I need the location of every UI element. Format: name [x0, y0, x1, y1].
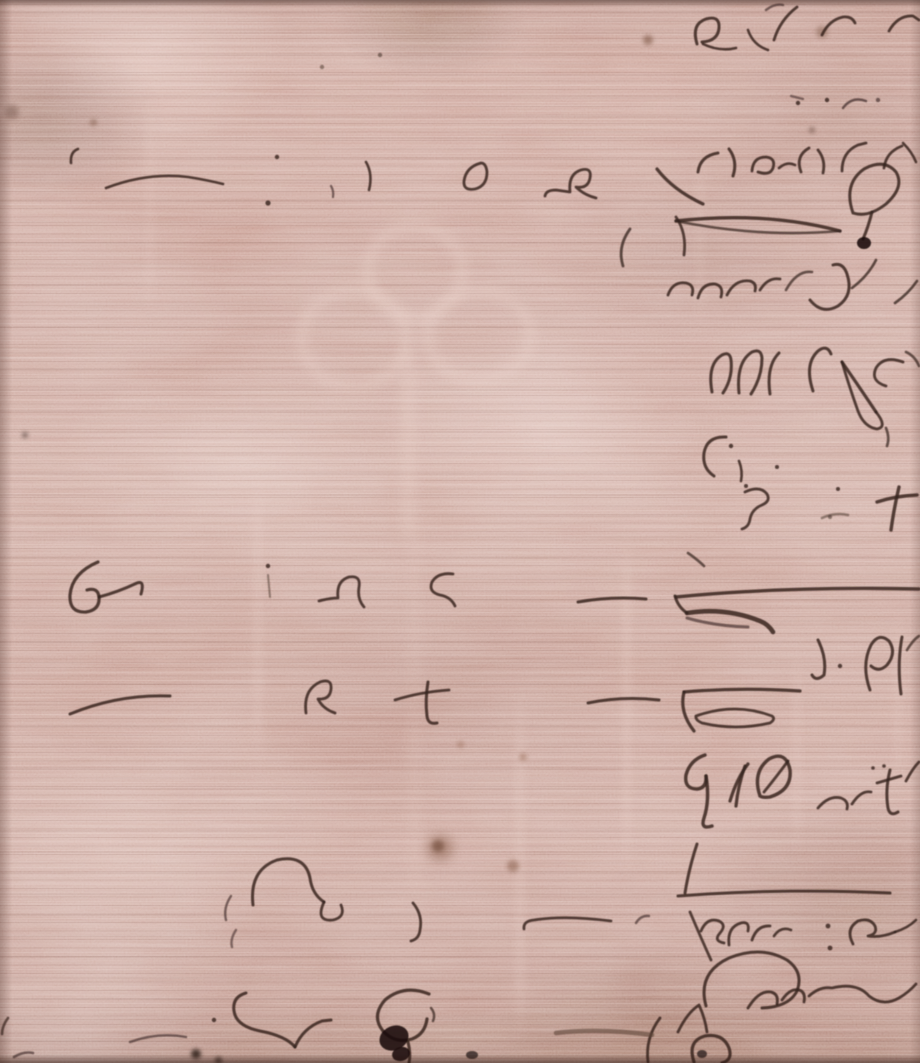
ink-stroke: [822, 514, 848, 518]
ink-stroke: [766, 5, 783, 10]
photo-edge-shading: [0, 0, 920, 1063]
ink-stroke: [692, 1036, 730, 1063]
ink-stroke: [99, 582, 142, 597]
ink-stroke: [809, 348, 831, 391]
ink-stroke: [843, 100, 866, 108]
ink-stroke: [739, 351, 762, 394]
ink-writing-layer: [0, 0, 920, 1063]
paper-creases: [0, 0, 920, 1063]
ink-stroke: [906, 352, 919, 366]
stain-speck: [457, 741, 464, 748]
ink-stroke: [899, 637, 902, 694]
ink-stroke: [683, 692, 694, 731]
ink-stroke: [729, 923, 749, 945]
ink-stroke: [739, 461, 742, 481]
ink-stroke: [752, 926, 770, 940]
ink-stroke: [810, 264, 849, 309]
stain-speck: [519, 753, 527, 761]
ink-stroke: [774, 929, 791, 936]
paper-crease: [254, 470, 262, 770]
ink-stroke: [545, 169, 596, 198]
stain-speck: [5, 105, 19, 119]
ink-stroke: [866, 637, 893, 690]
ink-stroke: [907, 636, 919, 650]
ink-stroke: [268, 575, 270, 597]
ink-stroke: [588, 699, 659, 703]
watermark-stem: [410, 530, 419, 890]
ink-stroke: [408, 1042, 410, 1063]
ink-stroke: [701, 920, 724, 943]
manuscript-photo: [0, 0, 920, 1063]
ink-stroke: [779, 164, 795, 168]
ink-stroke: [232, 930, 237, 947]
ink-stroke: [799, 148, 809, 172]
ink-stroke: [748, 30, 768, 50]
ink-stroke: [786, 272, 812, 290]
ink-dot: [836, 487, 840, 491]
watermark-stem: [402, 350, 415, 535]
ink-stroke: [295, 1020, 331, 1047]
stain-speck: [215, 1057, 222, 1063]
ink-stroke: [686, 755, 706, 789]
ink-stroke: [877, 495, 917, 502]
ink-blot: [857, 237, 871, 249]
ink-dot: [882, 764, 886, 768]
ink-stroke: [648, 1018, 661, 1062]
ink-stroke: [676, 588, 919, 597]
ink-stroke: [742, 489, 768, 529]
ink-stroke: [842, 143, 866, 171]
ink-dot: [825, 98, 829, 102]
ink-stroke: [764, 761, 788, 792]
paper-crease: [894, 610, 902, 790]
ink-stroke: [886, 428, 888, 446]
ink-stroke: [70, 696, 170, 714]
paper-base: [0, 0, 920, 1063]
ink-stroke: [106, 176, 223, 188]
ink-stroke: [903, 143, 916, 162]
ink-stroke: [431, 1008, 434, 1021]
ink-stroke: [703, 44, 736, 49]
ink-stroke: [676, 218, 840, 231]
ink-stroke: [906, 762, 919, 781]
ink-stroke: [809, 984, 916, 1002]
ink-stroke: [842, 362, 876, 412]
ink-stroke: [874, 360, 903, 386]
ink-dot: [876, 98, 880, 102]
ink-dot: [828, 515, 832, 519]
ink-stroke: [695, 18, 719, 44]
ink-stroke: [690, 912, 711, 960]
watermark-trefoil: [0, 0, 920, 1063]
ink-stroke: [760, 279, 780, 290]
ink-stroke: [678, 891, 890, 896]
paper-mottle-texture: [0, 0, 920, 1063]
ink-stroke: [698, 153, 718, 172]
ink-stroke: [850, 920, 895, 944]
ink-stroke: [818, 797, 847, 809]
stain-speck: [90, 119, 97, 126]
ink-dot: [320, 65, 324, 69]
stain-layer: [0, 0, 920, 1063]
ink-stroke: [684, 689, 800, 692]
laid-lines: [0, 0, 920, 1063]
ink-stroke: [657, 169, 703, 204]
stain-speck: [427, 835, 453, 861]
ink-stroke: [71, 149, 78, 163]
ink-stroke: [748, 992, 777, 1008]
ink-dot: [729, 444, 733, 448]
ink-stroke: [895, 281, 917, 303]
paper-crease: [516, 680, 524, 1050]
stain-speck: [809, 127, 815, 133]
ink-stroke: [688, 553, 704, 566]
ink-stroke: [225, 896, 231, 920]
stain-speck: [643, 35, 653, 45]
ink-stroke: [676, 217, 685, 255]
laid-line-streak-texture: [0, 0, 920, 1063]
ink-stroke: [822, 17, 855, 35]
ink-stroke: [752, 157, 774, 173]
ink-stroke: [319, 577, 364, 607]
ink-stroke: [411, 903, 421, 941]
ink-stroke: [877, 776, 901, 783]
ink-stroke: [842, 362, 882, 429]
ink-stroke: [130, 1035, 186, 1042]
ink-stroke: [736, 766, 745, 806]
ink-blot: [697, 1050, 707, 1058]
stain-speck: [22, 432, 28, 438]
ink-stroke: [884, 146, 902, 168]
ink-stroke: [524, 918, 611, 929]
ink-stroke: [2, 1018, 8, 1034]
ink-stroke: [891, 487, 899, 530]
ink-stroke: [687, 618, 748, 627]
ink-dot: [775, 465, 779, 469]
ink-stroke: [863, 212, 872, 239]
ink-dot: [378, 53, 382, 57]
ink-stroke: [306, 681, 335, 713]
ink-stroke: [818, 150, 824, 173]
ink-stroke: [727, 281, 755, 295]
ink-stroke: [321, 902, 342, 920]
stain-speck: [507, 860, 519, 872]
ink-dot: [871, 766, 875, 770]
ink-stroke: [685, 844, 697, 893]
ink-stroke: [729, 149, 735, 176]
ink-stroke: [895, 920, 916, 932]
ink-blot: [375, 1021, 412, 1055]
ink-dot: [828, 946, 833, 951]
ink-stroke: [782, 990, 804, 1002]
ink-dot: [265, 200, 270, 205]
ink-stroke: [668, 283, 693, 295]
ink-dot: [838, 664, 842, 668]
ink-dot: [212, 1018, 216, 1022]
ink-stroke: [791, 96, 803, 99]
ink-blot: [390, 1045, 411, 1063]
ink-stroke: [377, 990, 429, 1040]
ink-stroke: [14, 1053, 33, 1058]
ink-stroke: [578, 598, 646, 602]
ink-stroke: [426, 682, 437, 723]
ink-stroke: [621, 229, 630, 266]
stain-speck: [816, 26, 828, 38]
stain-speck: [191, 1049, 201, 1059]
ink-dot: [826, 924, 831, 929]
paper-crease: [146, 90, 154, 320]
ink-stroke: [852, 792, 871, 804]
ink-stroke: [704, 437, 726, 476]
ink-stroke: [395, 690, 449, 700]
ink-stroke: [431, 574, 455, 606]
ink-stroke: [696, 709, 774, 727]
ink-stroke: [678, 1005, 707, 1032]
watermark-ring: [298, 286, 410, 390]
ink-stroke: [464, 163, 487, 189]
ink-stroke: [812, 640, 825, 679]
ink-dot: [744, 484, 748, 488]
paper-grain: [0, 0, 920, 1063]
ink-stroke: [70, 562, 99, 612]
ink-stroke: [711, 354, 732, 393]
ink-stroke: [687, 611, 773, 632]
ink-dot: [796, 101, 800, 105]
ink-stroke: [675, 596, 687, 613]
ink-stroke: [852, 260, 876, 288]
ink-dot: [275, 155, 279, 159]
watermark-ring: [364, 222, 466, 320]
ink-stroke: [698, 284, 722, 298]
ink-stroke: [850, 164, 899, 214]
ink-stroke: [774, 7, 797, 40]
ink-stroke: [556, 1031, 652, 1035]
ink-stroke: [730, 764, 748, 801]
paper-crease: [623, 530, 631, 880]
ink-stroke: [769, 353, 779, 394]
ink-stroke: [331, 186, 333, 197]
ink-stroke: [703, 776, 712, 827]
ink-stroke: [676, 221, 840, 233]
ink-stroke: [366, 162, 370, 190]
ink-stroke: [887, 770, 898, 814]
ink-stroke: [636, 916, 649, 923]
watermark-ring: [424, 288, 534, 384]
ink-stroke: [889, 16, 919, 31]
ink-dot: [266, 564, 270, 568]
paper-crease: [793, 650, 801, 860]
paper-crease: [696, 150, 704, 330]
ink-stroke: [704, 952, 799, 1008]
ink-stroke: [234, 993, 295, 1047]
ink-stroke: [253, 859, 325, 905]
stain-speck: [432, 840, 444, 852]
ink-blot: [466, 1051, 478, 1059]
ink-stroke: [757, 756, 790, 797]
